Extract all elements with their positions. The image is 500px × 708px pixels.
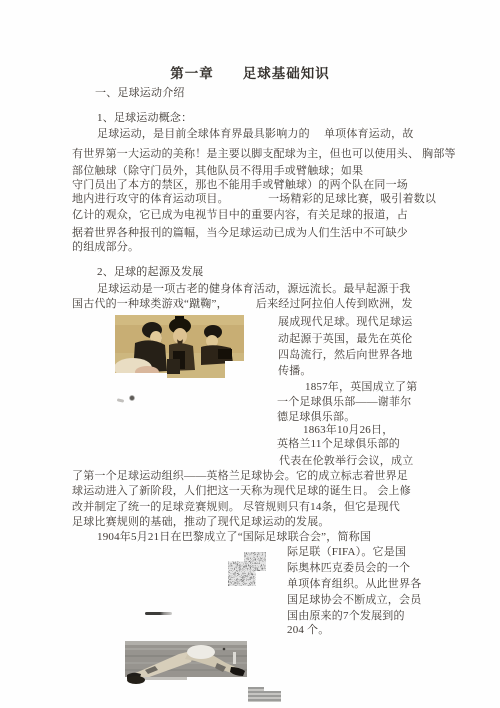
body-line: 据着世界各种报刊的篇幅，当今足球运动已成为人们生活中不可缺少 <box>72 227 408 240</box>
body-line: 1904年5月21日在巴黎成立了“国际足球联合会”，简称国 <box>97 531 371 544</box>
wrapped-line: 国由原来的7个发展到的 <box>287 610 405 623</box>
crowd-photo-image <box>228 552 266 586</box>
wrapped-line: 1857年，英国成立了第 <box>305 381 417 394</box>
wrapped-line: 1863年10月26日， <box>303 424 393 437</box>
wrapped-line: 代表在伦敦举行会议，成立 <box>279 455 413 468</box>
wrapped-line: 一个足球俱乐部——谢菲尔 <box>277 396 411 409</box>
scan-speck-dark <box>129 395 135 401</box>
scan-speck-light <box>117 398 124 402</box>
body-line: 守门员出了本方的禁区，那也不能用手或臂触球）的两个队在同一场 <box>72 179 408 192</box>
body-line: 国古代的一种球类游戏“蹴鞠”， 后来经过阿拉伯人传到欧洲，发 <box>72 298 413 311</box>
wrapped-line: 际足联（FIFA）。它是国 <box>287 546 406 559</box>
body-line: 部位触球（除守门员外，其他队员不得用手或臂触球；如果 <box>72 165 363 178</box>
wrapped-line: 四岛流行，然后向世界各地 <box>278 349 412 362</box>
wrapped-line: 204 个。 <box>287 624 329 637</box>
body-line: 足球运动，是目前全球体育界最具影响力的 单项体育运动，故 <box>97 128 414 141</box>
subsection-heading-origin: 2、足球的起源及发展 <box>97 266 204 279</box>
section-heading-intro: 一、足球运动介绍 <box>95 87 185 100</box>
body-line: 球运动进入了新阶段，人们把这一天称为现代足球的诞生日。 会上修 <box>72 485 411 498</box>
cuju-ancient-painting-image <box>115 315 244 378</box>
scan-dash-artifact <box>145 612 172 615</box>
wrapped-line: 展成现代足球。现代足球运 <box>278 316 412 329</box>
body-line: 改并制定了统一的足球竞赛规则。 尽管规则只有14条，但它是现代 <box>72 501 400 514</box>
document-page: 第一章 足球基础知识 一、足球运动介绍 1、足球运动概念： 足球运动，是目前全球… <box>0 0 500 708</box>
wrapped-line: 国足球协会不断成立，会员 <box>287 594 421 607</box>
body-line: 了第一个足球运动组织——英格兰足球协会。它的成立标志着世界足 <box>72 470 408 483</box>
body-line: 足球比赛规则的基础，推动了现代足球运动的发展。 <box>72 516 330 529</box>
body-line: 的组成部分。 <box>72 241 139 254</box>
wrapped-line: 单项体育组织。从此世界各 <box>287 578 421 591</box>
body-line: 有世界第一大运动的美称！是主要以脚支配球为主，但也可以使用头、 胸部等 <box>72 148 456 161</box>
small-caption-block-image <box>248 687 281 702</box>
subsection-heading-concept: 1、足球运动概念： <box>97 112 192 125</box>
wrapped-line: 英格兰11个足球俱乐部的 <box>277 438 400 451</box>
sliding-player-photo-image <box>125 641 247 685</box>
wrapped-line: 德足球俱乐部。 <box>277 411 355 424</box>
wrapped-line: 动起源于英国，最先在英伦 <box>278 333 412 346</box>
body-line: 亿计的观众，它已成为电视节目中的重要内容，有关足球的报道，占 <box>72 209 408 222</box>
wrapped-line: 际奥林匹克委员会的一个 <box>287 562 410 575</box>
wrapped-line: 传播。 <box>278 365 312 378</box>
body-line: 足球运动是一项古老的健身体育活动，源远流长。最早起源于我 <box>97 283 411 296</box>
caption-notch <box>264 687 281 691</box>
chapter-title: 第一章 足球基础知识 <box>0 62 500 82</box>
body-line: 地内进行攻守的体育运动项目。 一场精彩的足球比赛，吸引着数以 <box>72 193 436 206</box>
